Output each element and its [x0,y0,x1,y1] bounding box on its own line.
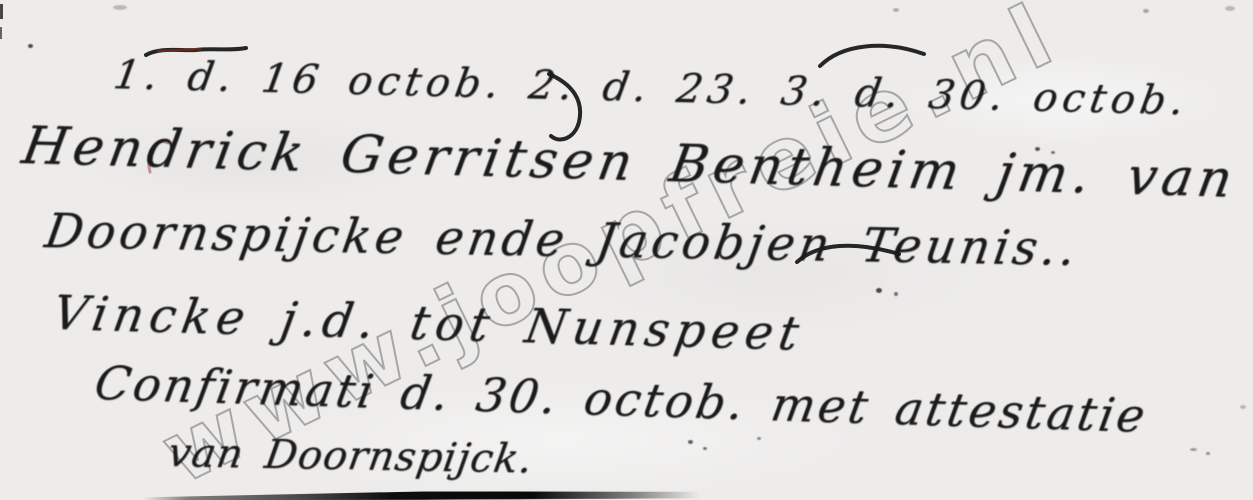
ink-speck [703,447,707,450]
ink-speck [893,8,899,12]
ink-speck [28,44,33,48]
ink-speck [688,440,693,444]
ink-speck [1143,9,1149,13]
ink-speck [113,5,127,10]
ink-speck [757,437,761,440]
manuscript-page: www.joopfreie.nl 1. d. 16 octob. 2. d. 2… [0,0,1253,500]
ink-speck [1206,452,1210,455]
ink-speck [1225,6,1235,11]
ink-speck [1035,147,1040,151]
ink-speck [894,292,898,296]
ink-speck [1240,405,1246,409]
ink-speck [1051,151,1055,154]
scan-edge-mark [0,27,2,39]
ink-speck [876,288,882,293]
handwriting-line-attestation: van Doornspijck. [165,430,537,482]
ink-speck [1190,448,1197,451]
scan-edge-mark [0,4,3,19]
